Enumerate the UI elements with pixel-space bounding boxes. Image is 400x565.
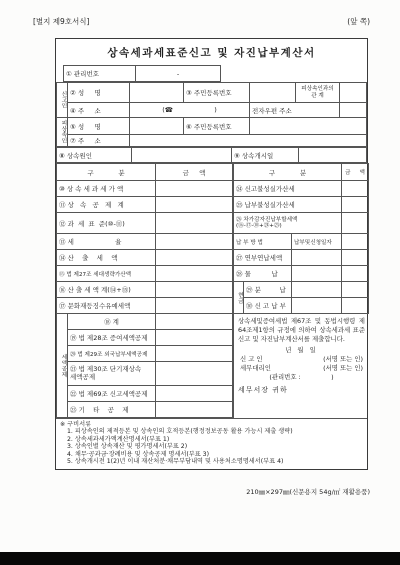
page-side-label: (앞 쪽) — [347, 16, 370, 27]
amount-cell — [156, 234, 233, 250]
tax-office-recipient: 세무서장 귀하 — [238, 386, 365, 396]
amount-cell — [342, 266, 369, 282]
amount-cell — [156, 386, 233, 402]
payment-date-header: 납부및신청일자 — [292, 234, 342, 250]
declarant-address-label: ④ 주 소 — [68, 103, 130, 118]
required-documents-section: ※ 구비서류 1. 피상속인의 제적등본 및 상속인의 호적등본(행정정보공동 … — [56, 418, 367, 469]
tax-calc-left: 구 분 금 액 ⑩ 상 속 세 과 세 가 액 ⑪ 상 속 공 제 계 ⑫ 과 … — [56, 163, 233, 418]
row-label-short-term-reinheritance-credit: ㉑ 법 제30조 단기재상속 세액공제 — [68, 362, 156, 386]
amount-cell — [342, 282, 369, 298]
row-label-other-credit: ㉓ 기 타 공 제 — [68, 402, 156, 418]
declarant-phone-value: (☎ ) — [130, 103, 250, 118]
deceased-address-value — [130, 135, 367, 147]
payment-date-cell — [292, 298, 342, 314]
row-label-cultural-asset-deferral: ⑰ 문화재등징수유예세액 — [57, 298, 156, 314]
amount-cell — [156, 266, 233, 282]
row-label-gift-tax-credit: ⑲ 법 제28조 증여세액공제 — [68, 330, 156, 346]
row-label-generation-skip-surtax: ⑮ 법 제27조 세대생략가산액 — [57, 266, 156, 282]
cash-group-label: 현금 — [234, 282, 244, 314]
management-number-value: - — [136, 66, 221, 82]
amount-cell — [342, 298, 369, 314]
amount-cell — [342, 234, 369, 250]
amount-cell — [156, 362, 233, 386]
tax-credit-group-label: 세액공제 — [57, 314, 68, 418]
left-amount-header: 금 액 — [156, 164, 233, 181]
row-label-foreign-tax-credit: ⑳ 법 제29조 외국납부세액공제 — [68, 346, 156, 362]
amount-cell — [156, 213, 233, 234]
row-label-payment-in-kind: ㉘ 물 납 — [234, 266, 292, 282]
deceased-name-label: ⑤ 성 명 — [68, 118, 130, 135]
form-box: 상속세과세표준신고 및 자진납부계산서 ① 관리번호 - 신고인 ② 성 명 ③… — [55, 38, 368, 470]
row-label-report-payment: ㉚ 신 고 납 부 — [244, 298, 292, 314]
management-number-label: ① 관리번호 — [64, 66, 136, 82]
payment-date-cell — [292, 266, 342, 282]
payment-date-cell — [292, 282, 342, 298]
row-label-credit-total: ⑱ 계 — [68, 314, 156, 330]
declarant-rrn-label: ③ 주민등록번호 — [184, 83, 250, 103]
management-number-table: ① 관리번호 - — [63, 65, 221, 82]
amount-cell — [156, 250, 233, 266]
form-title: 상속세과세표준신고 및 자진납부계산서 — [56, 39, 367, 64]
inheritance-cause-label: ⑧ 상속원인 — [57, 148, 132, 163]
payment-method-header: 납 부 방 법 — [234, 234, 292, 250]
deceased-group-label: 피상속인 — [57, 118, 68, 147]
required-document-item: 5. 상속개시전 1(2)년 이내 재산처분·채무부담내역 및 사용처소명명세서… — [60, 458, 363, 465]
required-document-item: 3. 상속인별 상속재산 및 평가명세서(부표 2) — [60, 443, 363, 450]
row-label-underpayment-penalty: ㉕ 납부불성실가산세 — [234, 197, 342, 213]
declaration-block: 상속세및증여세법 제67조 및 동법시행령 제64조제1항의 규정에 의하여 상… — [233, 314, 369, 418]
deceased-rrn-value — [250, 118, 367, 135]
inheritance-cause-value — [132, 148, 232, 163]
declarant-name-value — [130, 83, 184, 103]
required-document-item: 1. 피상속인의 제적등본 및 상속인의 호적등본(행정정보공동 활용 가능시 … — [60, 428, 363, 435]
scan-artifact-bar — [0, 552, 400, 565]
tax-agent-signature-note: (서명 또는 인) — [323, 364, 363, 373]
inheritance-open-date-label: ⑨ 상속개시일 — [232, 148, 299, 163]
declarant-group-label: 신고인 — [57, 83, 68, 118]
amount-cell — [156, 314, 233, 330]
amount-cell — [342, 197, 369, 213]
amount-cell — [156, 197, 233, 213]
amount-cell — [156, 330, 233, 346]
declarant-signature-label: 신 고 인 — [240, 355, 263, 364]
relation-to-deceased-label: 피상속인과의 관 계 — [296, 83, 340, 103]
left-gubun-header: 구 분 — [57, 164, 156, 181]
row-label-annual-installment: ㉗ 연부연납세액 — [234, 250, 292, 266]
declarant-signature-note: (서명 또는 인) — [323, 355, 363, 364]
email-label: 전자우편 주소 — [250, 103, 340, 118]
amount-cell — [342, 250, 369, 266]
row-label-computed-tax-total: ⑯ 산 출 세 액 계(⑭+⑮) — [57, 282, 156, 298]
inheritance-cause-table: ⑧ 상속원인 ⑨ 상속개시일 — [56, 147, 367, 163]
tax-calc-section: 구 분 금 액 ⑩ 상 속 세 과 세 가 액 ⑪ 상 속 공 제 계 ⑫ 과 … — [56, 163, 367, 418]
row-label-tax-rate: ⑬ 세 율 — [57, 234, 156, 250]
row-label-net-payable: ㉖ 차가감자진납부할세액 (⑯-⑰-⑱+㉔+㉕) — [234, 213, 342, 234]
deceased-name-value — [130, 118, 184, 135]
deceased-address-label: ⑦ 주 소 — [68, 135, 130, 147]
declaration-text: 상속세및증여세법 제67조 및 동법시행령 제64조제1항의 규정에 의하여 상… — [238, 317, 365, 344]
amount-cell — [342, 213, 369, 234]
amount-cell — [156, 282, 233, 298]
declarant-rrn-value — [250, 83, 296, 103]
tax-calc-right: 구 분 금 액 ㉔ 신고불성실가산세 ㉕ 납부불성실가산세 ㉖ 차가감자진납부할… — [233, 163, 369, 418]
row-label-split-payment: ㉙ 분 납 — [244, 282, 292, 298]
amount-cell — [156, 298, 233, 314]
payment-date-cell — [292, 250, 342, 266]
amount-cell — [342, 181, 369, 197]
form-ref: [별지 제9호서식] — [33, 16, 89, 27]
amount-cell — [156, 346, 233, 362]
declaration-date-line: 년 월 일 — [238, 346, 365, 355]
email-value — [340, 103, 367, 118]
right-gubun-header: 구 분 — [234, 164, 342, 181]
row-label-tax-base: ⑫ 과 세 표 준(⑩-⑪) — [57, 213, 156, 234]
right-amount-header: 금 액 — [342, 164, 369, 181]
relation-to-deceased-value — [340, 83, 367, 103]
paper-spec-footer: 210㎜×297㎜(신문용지 54g/㎡ 재활용품) — [246, 487, 370, 496]
row-label-report-tax-credit: ㉒ 법 제69조 신고세액공제 — [68, 386, 156, 402]
inheritance-open-date-value — [299, 148, 367, 163]
tax-agent-label: 세무대리인 — [240, 364, 271, 373]
row-label-gross-taxable: ⑩ 상 속 세 과 세 가 액 — [57, 181, 156, 197]
parties-table: 신고인 ② 성 명 ③ 주민등록번호 피상속인과의 관 계 ④ 주 소 (☎ )… — [56, 82, 367, 147]
tax-agent-mgmt-number: (관리번호 : ) — [238, 373, 365, 382]
amount-cell — [156, 402, 233, 418]
amount-cell — [156, 181, 233, 197]
deceased-rrn-label: ⑥ 주민등록번호 — [184, 118, 250, 135]
declarant-name-label: ② 성 명 — [68, 83, 130, 103]
row-label-underreport-penalty: ㉔ 신고불성실가산세 — [234, 181, 342, 197]
row-label-computed-tax: ⑭ 산 출 세 액 — [57, 250, 156, 266]
page-header: [별지 제9호서식] (앞 쪽) — [33, 16, 370, 27]
row-label-deduction-total: ⑪ 상 속 공 제 계 — [57, 197, 156, 213]
